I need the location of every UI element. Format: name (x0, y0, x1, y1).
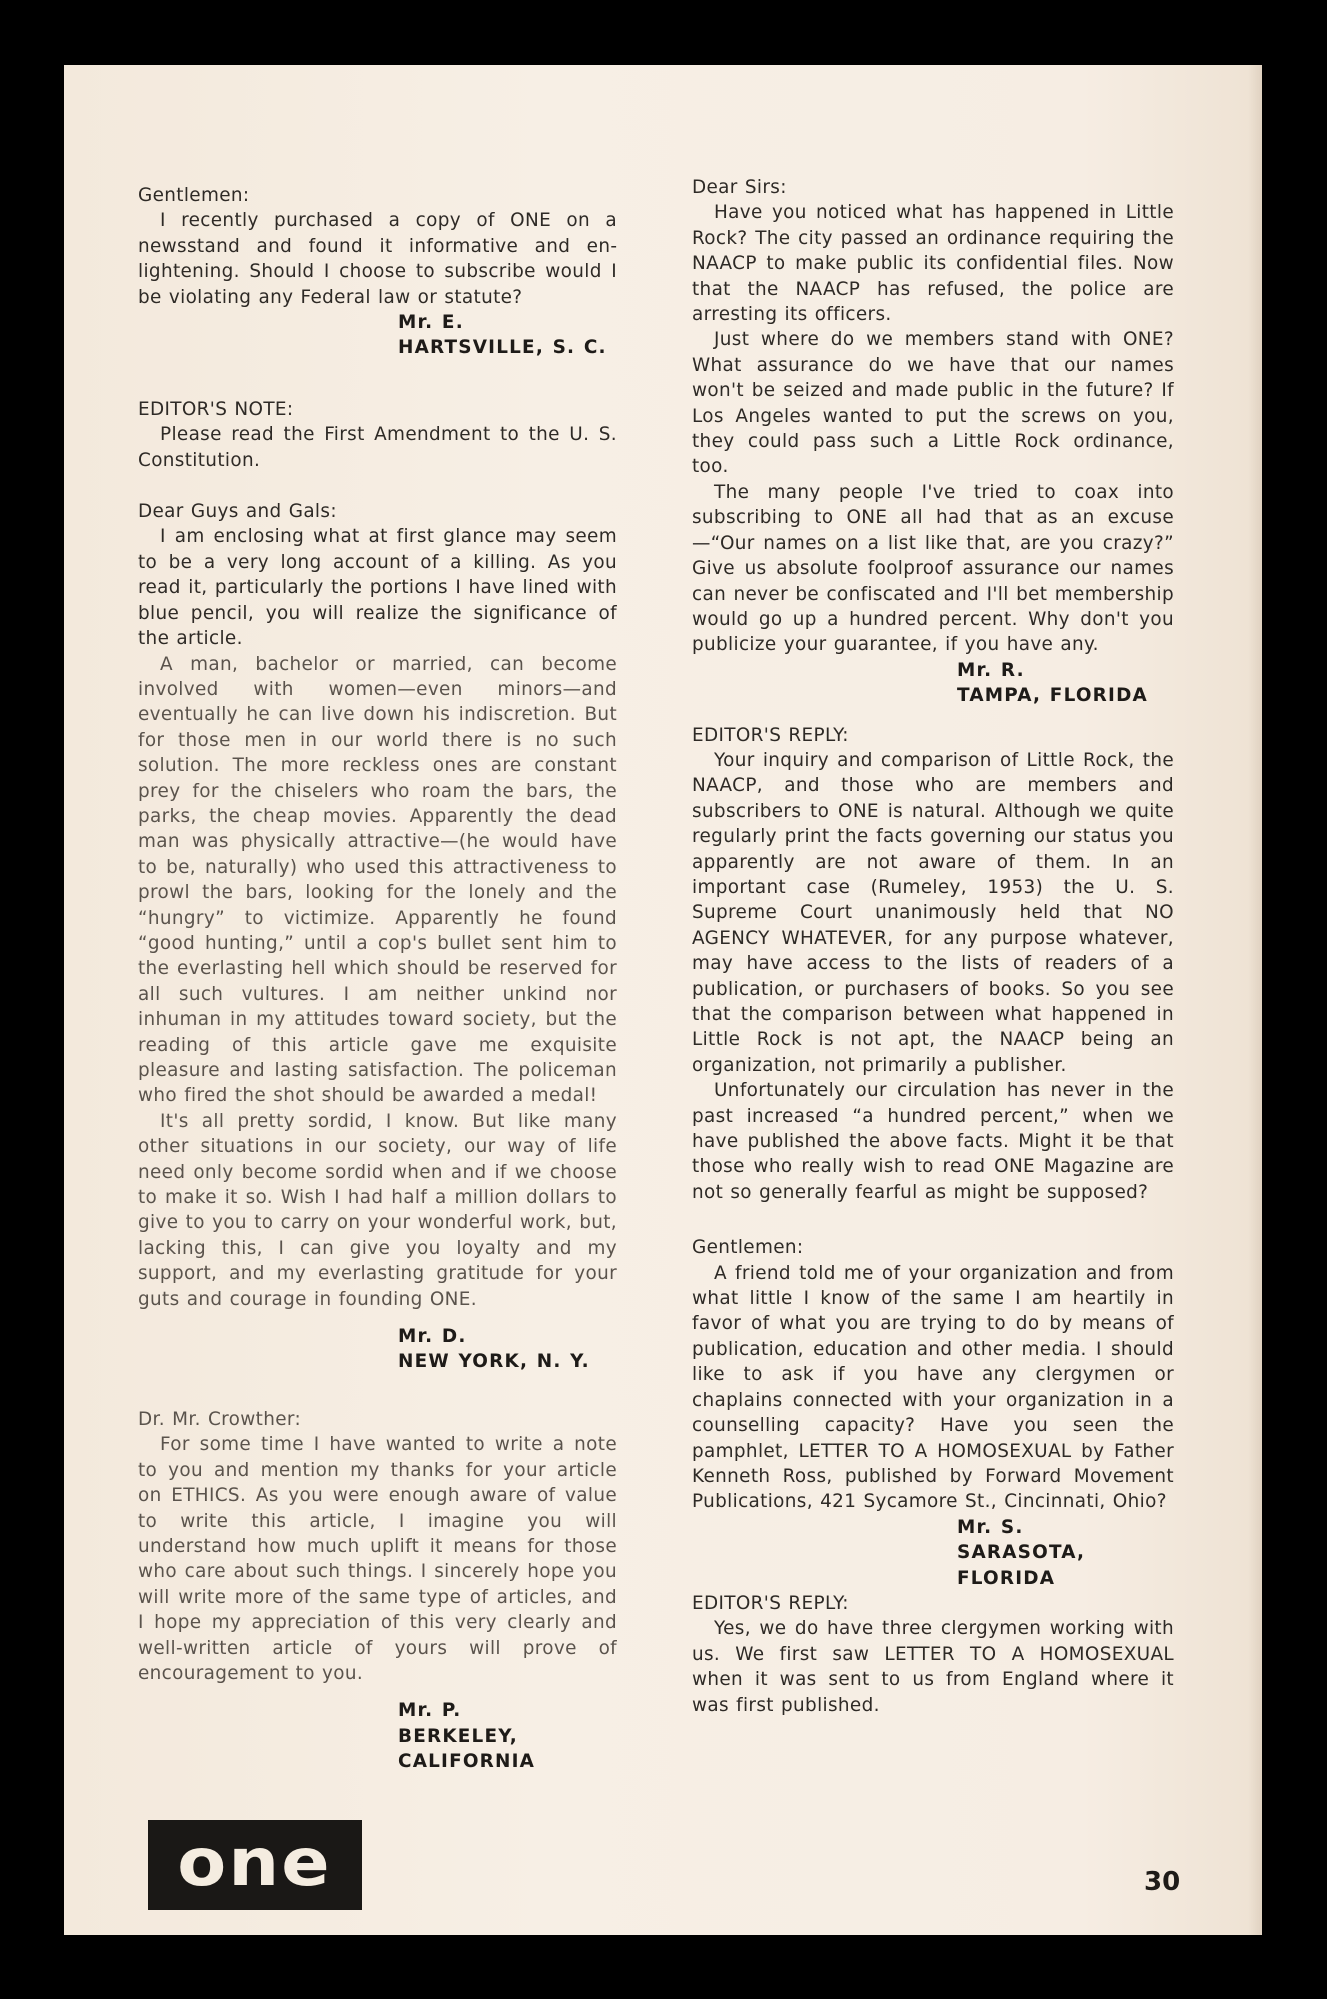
letter-location: NEW YORK, N. Y. (138, 1349, 617, 1374)
letter-salutation: Gentlemen: (692, 1235, 1174, 1260)
letter-signer: Mr. S. (692, 1515, 1174, 1540)
page-edge-shadow (1248, 65, 1262, 1935)
letter-location: TAMPA, FLORIDA (692, 683, 1174, 708)
letter-paragraph: I am enclosing what at first glance may … (138, 524, 617, 651)
letter-location: HARTSVILLE, S. C. (138, 335, 617, 360)
letter-hartsville: Gentlemen: I recently purchased a copy o… (138, 183, 617, 361)
letter-new-york: Dear Guys and Gals: I am enclosing what … (138, 499, 617, 1375)
editors-reply-tampa: EDITOR'S REPLY: Your inquiry and compari… (692, 723, 1174, 1206)
editors-reply-sarasota: EDITOR'S REPLY: Yes, we do have three cl… (692, 1591, 1174, 1718)
letter-paragraph: A friend told me of your organization an… (692, 1261, 1174, 1515)
letter-signer: Mr. R. (692, 658, 1174, 683)
editors-reply-paragraph: Your inquiry and comparison of Little Ro… (692, 748, 1174, 1078)
letter-paragraph: Have you noticed what has happened in Li… (692, 200, 1174, 327)
editors-note-paragraph: Please read the First Amendment to the U… (138, 422, 617, 473)
editors-note: EDITOR'S NOTE: Please read the First Ame… (138, 397, 617, 473)
letter-salutation: Dear Sirs: (692, 175, 1174, 200)
letter-tampa: Dear Sirs: Have you noticed what has hap… (692, 175, 1174, 709)
letter-salutation: Dear Guys and Gals: (138, 499, 617, 524)
editors-reply-paragraph: Yes, we do have three clergymen working … (692, 1616, 1174, 1718)
logo-text: one (178, 1830, 333, 1896)
magazine-page: Gentlemen: I recently purchased a copy o… (64, 65, 1262, 1935)
letter-salutation: Dr. Mr. Crowther: (138, 1407, 617, 1432)
letter-signer: Mr. E. (138, 310, 617, 335)
letter-salutation: Gentlemen: (138, 183, 617, 208)
editors-reply-heading: EDITOR'S REPLY: (692, 723, 1174, 748)
editors-reply-heading: EDITOR'S REPLY: (692, 1591, 1174, 1616)
letter-paragraph: It's all pretty sordid, I know. But like… (138, 1109, 617, 1312)
letter-paragraph: A man, bachelor or married, can become i… (138, 652, 617, 1109)
letter-location: SARASOTA, FLORIDA (692, 1540, 1174, 1591)
letter-location: BERKELEY, CALIFORNIA (138, 1724, 617, 1775)
letter-signer: Mr. P. (138, 1698, 617, 1723)
left-column: Gentlemen: I recently purchased a copy o… (138, 183, 617, 1775)
letter-berkeley: Dr. Mr. Crowther: For some time I have w… (138, 1407, 617, 1775)
letter-paragraph: The many people I've tried to coax into … (692, 480, 1174, 658)
letter-paragraph: Just where do we members stand with ONE?… (692, 327, 1174, 479)
letter-signer: Mr. D. (138, 1324, 617, 1349)
page-number: 30 (1144, 1867, 1180, 1897)
editors-note-heading: EDITOR'S NOTE: (138, 397, 617, 422)
letter-paragraph: I recently purchased a copy of ONE on a … (138, 208, 617, 310)
letter-sarasota: Gentlemen: A friend told me of your orga… (692, 1235, 1174, 1591)
editors-reply-paragraph: Unfortunately our circulation has never … (692, 1078, 1174, 1205)
letter-paragraph: For some time I have wanted to write a n… (138, 1432, 617, 1686)
right-column: Dear Sirs: Have you noticed what has hap… (692, 175, 1174, 1718)
one-magazine-logo: one (148, 1820, 362, 1910)
